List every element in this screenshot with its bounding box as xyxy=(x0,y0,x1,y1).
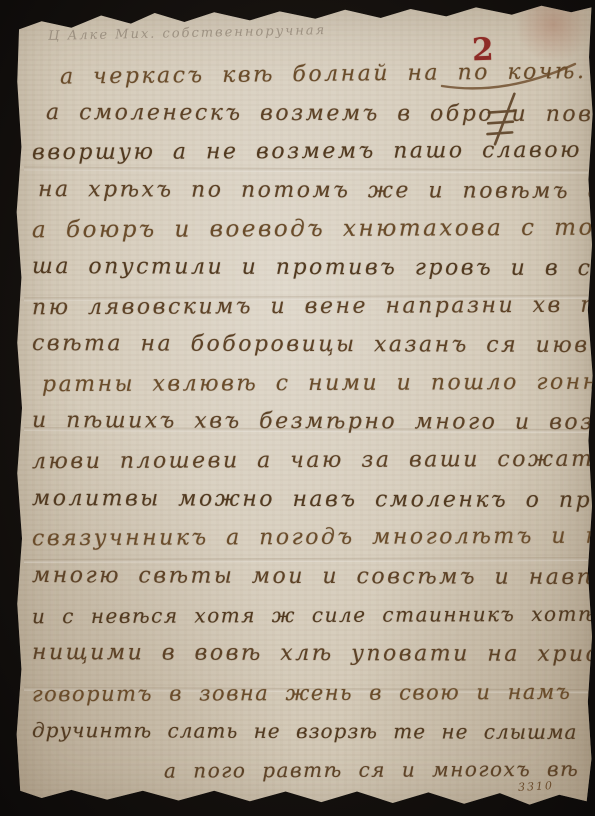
manuscript-line: пю лявовскимъ и вене напразни хв пре xyxy=(32,286,580,327)
manuscript-text: а черкасъ квѣ болнай на по кочѣ. х. а см… xyxy=(32,56,580,789)
manuscript-line: нищими в вовѣ хлѣ уповати на христа то xyxy=(32,634,580,675)
manuscript-line: а черкасъ квѣ болнай на по кочѣ. х. xyxy=(32,53,580,97)
manuscript-line: многю свѣты мои и совсѣмъ и навѣдя xyxy=(32,557,580,598)
manuscript-line: дручинтѣ слать не взорзѣ те не слышма тѣ… xyxy=(32,711,580,752)
archive-number: 3310 xyxy=(518,779,555,794)
photo-background: Ц Алке Мих. собственноручная 2 а черкасъ… xyxy=(0,0,595,816)
manuscript-line: свѣта на боборовицы хазанъ ся июв ень xyxy=(32,325,580,366)
manuscript-line: связучнникъ а погодъ многолѣтъ и ѣ жо xyxy=(32,518,580,559)
manuscript-line: вворшую а не возмемъ пашо славою ево xyxy=(32,132,580,173)
manuscript-line: говоритъ в зовна жень в свою и намъ валь… xyxy=(32,672,580,713)
manuscript-line: а боюръ и воеводъ хнютахова с товарищи xyxy=(32,209,580,250)
manuscript-line: на хрѣхъ по потомъ же и повѣмъ в черевѣ xyxy=(32,171,580,212)
manuscript-line: люви плошеви а чаю за ваши сожатѣ xyxy=(32,441,580,482)
manuscript-page: Ц Алке Мих. собственноручная 2 а черкасъ… xyxy=(0,0,595,816)
manuscript-line: ша опустили и противъ гровъ и в сила xyxy=(32,248,580,289)
manuscript-line: и пѣшихъ хвъ безмѣрно много и возрѣ возъ… xyxy=(32,402,580,443)
manuscript-line: а смоленескъ возмемъ в обро и повѣстю xyxy=(32,94,580,135)
manuscript-line: и с невѣся хотя ж силе стаинникъ хотѣ и … xyxy=(32,595,580,636)
manuscript-line: а пого равтѣ ся и многохъ вѣ спотѣ и чел… xyxy=(32,749,580,790)
manuscript-line: ратны хвлювѣ с ними и пошло гоннъ xyxy=(32,364,580,405)
manuscript-line: молитвы можно навъ смоленкъ о промы xyxy=(32,480,580,521)
pencil-annotation: Ц Алке Мих. собственноручная xyxy=(48,23,326,44)
